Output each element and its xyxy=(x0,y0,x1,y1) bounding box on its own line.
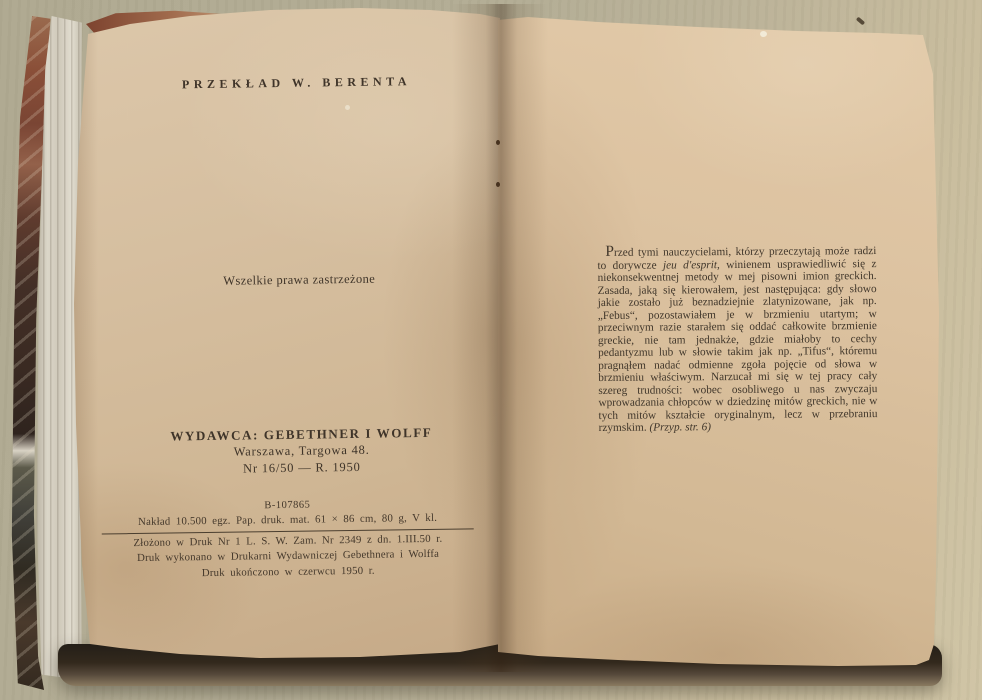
translator-note-paragraph: Przed tymi nauczycielami, którzy przeczy… xyxy=(597,245,877,434)
paper-fleck xyxy=(760,31,767,37)
binding-stitch-dot xyxy=(496,182,500,187)
binding-stitch-dot xyxy=(496,140,500,145)
left-page-content: PRZEKŁAD W. BERENTA Wszelkie prawa zastr… xyxy=(55,1,504,669)
right-page: Przed tymi nauczycielami, którzy przeczy… xyxy=(498,14,946,674)
paragraph-initial-cap: P xyxy=(605,243,614,260)
paper-fleck xyxy=(345,105,350,110)
paragraph-footnote-ref: (Przyp. str. 6) xyxy=(649,421,711,433)
left-page: PRZEKŁAD W. BERENTA Wszelkie prawa zastr… xyxy=(60,4,500,666)
book-photo: { "book": { "left_page": { "translator":… xyxy=(0,0,982,700)
publisher-block: WYDAWCA: GEBETHNER I WOLFF Warszawa, Tar… xyxy=(81,423,522,479)
translator-credit: PRZEKŁAD W. BERENTA xyxy=(96,73,496,94)
colophon-block: B-107865 Nakład 10.500 egz. Pap. druk. m… xyxy=(72,495,503,583)
paragraph-italic-phrase: jeu d'esprit xyxy=(663,259,717,271)
rights-notice: Wszelkie prawa zastrzeżone xyxy=(99,270,499,291)
paragraph-body: , winienem usprawiedliwić się z niekonse… xyxy=(598,258,878,434)
